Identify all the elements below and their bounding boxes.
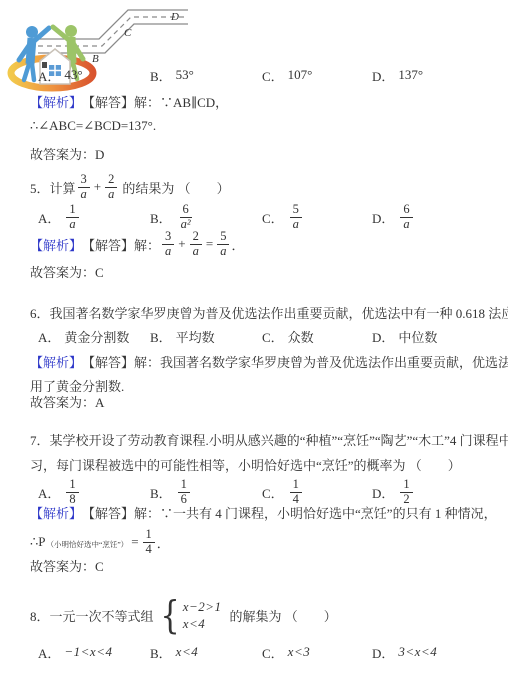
fraction: 1a [66, 203, 78, 232]
q4-option-c: C．107° [262, 66, 312, 84]
fraction: 18 [66, 478, 78, 507]
q8-options: A．−1<x<4 B．x<4 C．x<3 D．3<x<4 [0, 643, 508, 661]
q6-option-a: A．黄金分割数 [38, 327, 129, 345]
fraction: 3a [162, 230, 174, 259]
analysis-tag: 【解析】 [30, 352, 82, 371]
q4-analysis-line1: 【解析】【解答】解：∵AB∥CD， [30, 92, 502, 111]
q4-option-a: A．43° [38, 66, 83, 84]
q7-stem-line1: 7．某学校开设了劳动教育课程.小明从感兴趣的“种植”“烹饪”“陶艺”“木工”4 … [30, 430, 502, 449]
q8-option-d: D．3<x<4 [372, 643, 437, 661]
fraction: 3a [78, 173, 90, 202]
q5-option-b: B．6a² [150, 202, 196, 232]
q7-stem-line2: 习，每门课程被选中的可能性相等，小明恰好选中“烹饪”的概率为 （ ） [30, 455, 502, 474]
fraction: 14 [290, 478, 302, 507]
answer-tag: 【解答】 [82, 503, 134, 522]
q4-conclusion: 故答案为：D [30, 144, 502, 163]
q6-conclusion: 故答案为：A [30, 392, 502, 411]
fraction: 2a [190, 230, 202, 259]
fraction: 14 [143, 528, 155, 557]
q5-stem: 5．计算 3a + 2a 的结果为 （ ） [30, 174, 502, 200]
q6-options: A．黄金分割数 B．平均数 C．众数 D．中位数 [0, 327, 508, 345]
q5-conclusion: 故答案为：C [30, 262, 502, 281]
diagram-label-d: D [170, 11, 179, 23]
q6-stem: 6．我国著名数学家华罗庚曾为普及优选法作出重要贡献，优选法中有一种 0.618 … [30, 303, 502, 322]
q6-analysis-line1: 【解析】【解答】解：我国著名数学家华罗庚曾为普及优选法作出重要贡献，优选法中有一… [30, 352, 502, 371]
diagram-label-c: C [124, 27, 132, 39]
probability-subscript: （小明恰好选中“烹饪”） [47, 539, 129, 550]
q6-option-c: C．众数 [262, 327, 314, 345]
q8-stem: 8．一元一次不等式组 { x−2>1 x<4 的解集为 （ ） [30, 594, 502, 636]
q6-option-b: B．平均数 [150, 327, 215, 345]
analysis-tag: 【解析】 [30, 235, 82, 254]
q8-option-b: B．x<4 [150, 643, 198, 661]
answer-tag: 【解答】 [82, 235, 134, 254]
q5-option-c: C．5a [262, 202, 304, 232]
analysis-tag: 【解析】 [30, 92, 82, 111]
q4-options: A．43° B．53° C．107° D．137° [0, 66, 508, 84]
fraction: 5a [217, 230, 229, 259]
q5-option-a: A．1a [38, 202, 81, 232]
q7-probability-line: ∴P（小明恰好选中“烹饪”）= 14 ． [30, 527, 502, 557]
q5-option-d: D．6a [372, 202, 415, 232]
system-brace: { [160, 599, 179, 631]
answer-tag: 【解答】 [82, 352, 134, 371]
fraction: 2a [105, 173, 117, 202]
q7-conclusion: 故答案为：C [30, 556, 502, 575]
fraction: 16 [178, 478, 190, 507]
q8-option-a: A．−1<x<4 [38, 643, 112, 661]
q6-option-d: D．中位数 [372, 327, 437, 345]
fraction: 6a² [178, 203, 194, 232]
answer-tag: 【解答】 [82, 92, 134, 111]
q4-analysis-line2: ∴∠ABC=∠BCD=137°. [30, 118, 502, 134]
fraction: 6a [400, 203, 412, 232]
q5-options: A．1a B．6a² C．5a D．6a [0, 202, 508, 232]
q7-analysis: 【解析】【解答】解：∵一共有 4 门课程，小明恰好选中“烹饪”的只有 1 种情况… [30, 503, 502, 522]
q5-analysis: 【解析】【解答】解： 3a + 2a = 5a ． [30, 230, 502, 258]
q4-option-b: B．53° [150, 66, 194, 84]
q4-option-d: D．137° [372, 66, 423, 84]
inequality-system: { x−2>1 x<4 [158, 599, 222, 632]
fraction: 12 [400, 478, 412, 507]
fraction: 5a [290, 203, 302, 232]
q8-option-c: C．x<3 [262, 643, 310, 661]
analysis-tag: 【解析】 [30, 503, 82, 522]
